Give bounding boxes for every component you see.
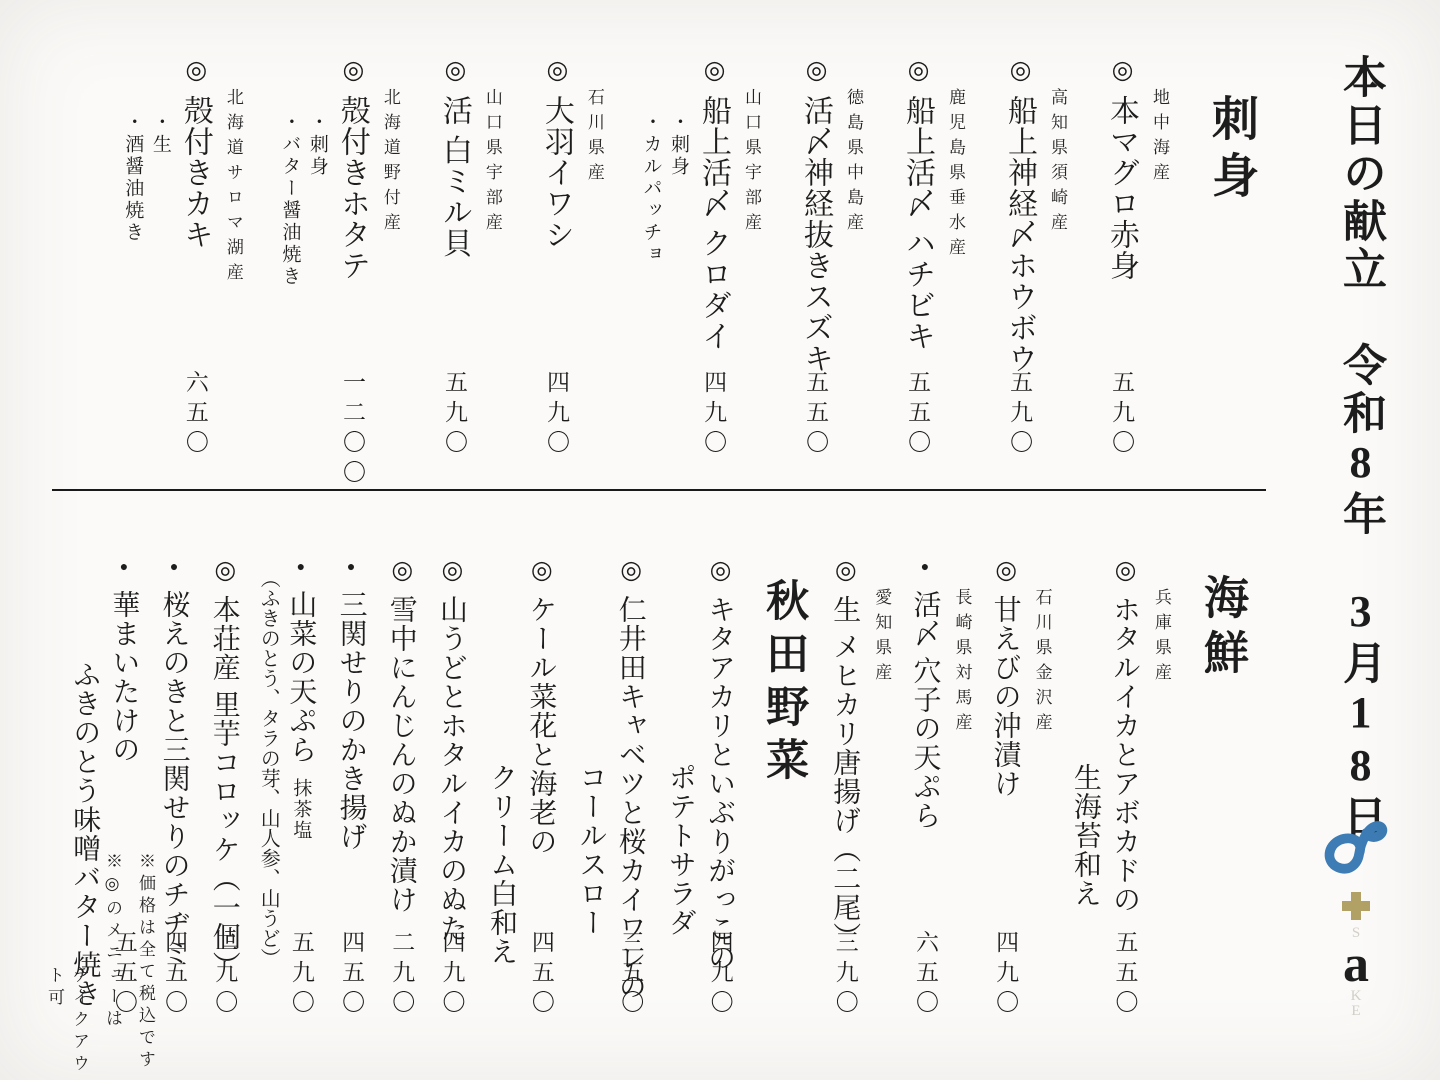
- item-name: 殻付きカキ: [179, 95, 212, 250]
- item-sub-option: ・酒醤油焼き: [119, 48, 147, 460]
- bullet-marker-icon: ●: [344, 555, 359, 576]
- double-circle-marker-icon: ◎: [388, 555, 415, 585]
- menu-item: ●桜えのきと三関せりのチヂミ四五〇: [154, 548, 193, 1030]
- item-price: 二九〇: [208, 930, 240, 1020]
- item-price: 一二〇〇: [336, 370, 368, 490]
- item-name: 山うどとホタルイカのぬた: [436, 595, 467, 943]
- kaisen-heading: 海鮮: [1190, 548, 1255, 1030]
- item-sub-option: ・バター醤油焼き: [276, 48, 304, 460]
- menu-item: ◎山うどとホタルイカのぬた四九〇: [432, 548, 471, 1030]
- item-origin: 山口県宇部産: [480, 48, 505, 460]
- bullet-marker-icon: ●: [116, 555, 131, 576]
- menu-item: 石川県金沢産◎甘えびの沖漬け四九〇: [985, 548, 1054, 1030]
- item-price: 四九〇: [435, 930, 467, 1020]
- item-name: 山菜の天ぷら: [285, 590, 316, 764]
- menu-item: 兵庫県産◎ホタルイカとアボカドの五五〇生海苔和え: [1066, 548, 1174, 1030]
- item-origin: 北海道野付産: [378, 48, 403, 460]
- kaisen-items: 兵庫県産◎ホタルイカとアボカドの五五〇生海苔和え石川県金沢産◎甘えびの沖漬け四九…: [825, 548, 1174, 1030]
- item-sub-option: ・刺身: [664, 48, 692, 460]
- item-origin: 長崎県対馬産: [949, 548, 974, 1030]
- menu-item: 愛知県産◎生 メヒカリ唐揚げ（二尾）三九〇: [825, 548, 894, 1030]
- item-name-line: ◎本荘産 里芋コロッケ（一個）二九〇: [205, 548, 244, 1030]
- double-circle-marker-icon: ◎: [831, 555, 858, 585]
- item-origin: 高知県須崎産: [1045, 48, 1070, 460]
- restaurant-logo: S a K E: [1294, 812, 1418, 1019]
- item-price: 五九〇: [285, 930, 317, 1020]
- logo-sake-letters: S a K E: [1343, 926, 1369, 1019]
- footnote-takeout-2: テイクアウト可: [42, 852, 92, 1080]
- item-name: 桜えのきと三関せりのチヂミ: [159, 590, 190, 967]
- bullet-marker-icon: ●: [917, 555, 932, 576]
- menu-item: 北海道野付産◎殻付きホタテ一二〇〇・刺身・バター醤油焼き: [276, 48, 403, 460]
- item-origin: 兵庫県産: [1149, 548, 1174, 1030]
- item-name-line: ◎船上活〆 クロダイ四九〇: [692, 48, 734, 460]
- item-name: 活〆 穴子の天ぷら: [909, 590, 940, 830]
- bullet-marker-icon: ●: [167, 555, 182, 576]
- item-name-line: ◎生 メヒカリ唐揚げ（二尾）三九〇: [825, 548, 864, 1030]
- logo-calligraphy-icon: [1305, 812, 1407, 892]
- item-name: ホタルイカとアボカドの: [1109, 595, 1140, 914]
- item-price: 五九〇: [1003, 370, 1035, 460]
- item-name: 活 白ミル貝: [438, 95, 471, 259]
- item-name-line: ◎殻付きホタテ一二〇〇: [331, 48, 373, 460]
- item-price: 六五〇: [909, 930, 941, 1020]
- item-name: 本マグロ赤身: [1105, 95, 1138, 281]
- bullet-marker-icon: ●: [293, 555, 308, 576]
- item-name-line: ◎活 白ミル貝五九〇: [433, 48, 475, 460]
- plus-icon: [1342, 892, 1370, 920]
- menu-item: 長崎県対馬産●活〆 穴子の天ぷら六五〇: [905, 548, 974, 1030]
- double-circle-marker-icon: ◎: [543, 55, 570, 85]
- menu-item: 北海道サロマ湖産◎殻付きカキ六五〇・生・酒醤油焼き: [119, 48, 246, 460]
- item-price: 五五〇: [1108, 930, 1140, 1020]
- page-title: 本日の献立 令和8年 3月18日: [1328, 54, 1392, 842]
- item-name: キタアカリといぶりがっこの: [704, 595, 735, 972]
- item-name: 三関せりのかき揚げ: [336, 590, 367, 851]
- item-price: 五九〇: [438, 370, 470, 460]
- item-price: 二九〇: [385, 930, 417, 1020]
- sashimi-heading: 刺身: [1198, 48, 1265, 460]
- item-origin: 石川県金沢産: [1030, 548, 1055, 1030]
- sashimi-section: 刺身 地中海産◎本マグロ赤身五九〇高知県須崎産◎船上神経〆ホウボウ五九〇鹿児島県…: [89, 48, 1265, 460]
- item-origin: 山口県宇部産: [739, 48, 764, 460]
- item-price: 四五〇: [158, 930, 190, 1020]
- item-price: 五五〇: [799, 370, 831, 460]
- item-price: 四九〇: [703, 930, 735, 1020]
- menu-item: ◎ケール菜花と海老の四五〇クリーム白和え: [482, 548, 560, 1030]
- item-name: 殻付きホタテ: [336, 95, 369, 281]
- item-name-line: ◎山うどとホタルイカのぬた四九〇: [432, 548, 471, 1030]
- item-name: 生 メヒカリ唐揚げ（二尾）: [829, 595, 860, 951]
- item-name: 本荘産 里芋コロッケ（一個）: [209, 595, 240, 980]
- item-name: 華まいたけの: [108, 590, 139, 764]
- item-price: 四九〇: [540, 370, 572, 460]
- item-origin: 愛知県産: [869, 548, 894, 1030]
- menu-item: 鹿児島県垂水産◎船上活〆 ハチビキ五五〇: [896, 48, 968, 460]
- menu-item: ●三関せりのかき揚げ四五〇: [331, 548, 370, 1030]
- item-price: 六五〇: [179, 370, 211, 460]
- item-name-continued: コールスロー: [571, 548, 610, 1030]
- double-circle-marker-icon: ◎: [700, 55, 727, 85]
- menu-item: 山口県宇部産◎船上活〆 クロダイ四九〇・刺身・カルパッチョ: [637, 48, 764, 460]
- logo-letter-a: a: [1343, 942, 1369, 988]
- double-circle-marker-icon: ◎: [617, 555, 644, 585]
- item-price: 四九〇: [989, 930, 1021, 1020]
- item-name-line: ●山菜の天ぷら抹茶塩五九〇: [281, 548, 320, 1030]
- item-price: 四五〇: [335, 930, 367, 1020]
- item-sub-option: ・刺身: [303, 48, 331, 460]
- item-name-line: ◎キタアカリといぶりがっこの四九〇: [700, 548, 739, 1030]
- sashimi-items: 地中海産◎本マグロ赤身五九〇高知県須崎産◎船上神経〆ホウボウ五九〇鹿児島県垂水産…: [119, 48, 1172, 460]
- menu-item: ●山菜の天ぷら抹茶塩五九〇（ふきのとう、タラの芽、山人参、山うど）: [255, 548, 321, 1030]
- menu-item: ◎キタアカリといぶりがっこの四九〇ポテトサラダ: [661, 548, 739, 1030]
- menu-item: ◎本荘産 里芋コロッケ（一個）二九〇: [205, 548, 244, 1030]
- item-name: ケール菜花と海老の: [525, 595, 556, 856]
- footnotes: ※価格は全て税込です ※◎のメニューは テイクアウト可: [34, 852, 158, 1080]
- double-circle-marker-icon: ◎: [992, 555, 1019, 585]
- item-name-line: ◎仁井田キャベツと桜カイワレの三五〇: [611, 548, 650, 1030]
- item-origin: 鹿児島県垂水産: [943, 48, 968, 460]
- item-name: 雪中にんじんのぬか漬け: [386, 595, 417, 914]
- item-name-continued: クリーム白和え: [482, 548, 521, 1030]
- menu-item: 地中海産◎本マグロ赤身五九〇: [1100, 48, 1172, 460]
- item-name-continued: 生海苔和え: [1066, 548, 1105, 1030]
- item-name-continued: （ふきのとう、タラの芽、山人参、山うど）: [255, 548, 281, 1030]
- akita-items: ◎キタアカリといぶりがっこの四九〇ポテトサラダ◎仁井田キャベツと桜カイワレの三五…: [65, 548, 739, 1030]
- item-name-line: ◎船上神経〆ホウボウ五九〇: [998, 48, 1040, 460]
- item-origin: 北海道サロマ湖産: [221, 48, 246, 460]
- item-name-line: ◎殻付きカキ六五〇: [174, 48, 216, 460]
- logo-letter-e: E: [1351, 1004, 1360, 1019]
- double-circle-marker-icon: ◎: [1111, 555, 1138, 585]
- item-name: 大羽イワシ: [540, 95, 573, 250]
- menu-item: ◎仁井田キャベツと桜カイワレの三五〇コールスロー: [571, 548, 649, 1030]
- item-name-line: ◎雪中にんじんのぬか漬け二九〇: [382, 548, 421, 1030]
- footnote-takeout-1: ※◎のメニューは: [100, 852, 125, 1080]
- menu-item: ◎雪中にんじんのぬか漬け二九〇: [382, 548, 421, 1030]
- item-name-continued: ポテトサラダ: [661, 548, 700, 1030]
- item-name: 船上活〆 ハチビキ: [901, 95, 934, 352]
- item-name-line: ◎船上活〆 ハチビキ五五〇: [896, 48, 938, 460]
- logo-letter-k: K: [1351, 989, 1362, 1004]
- item-name-line: ◎大羽イワシ四九〇: [535, 48, 577, 460]
- item-name: 船上活〆 クロダイ: [697, 95, 730, 352]
- double-circle-marker-icon: ◎: [339, 55, 366, 85]
- double-circle-marker-icon: ◎: [438, 555, 465, 585]
- item-name-line: ●三関せりのかき揚げ四五〇: [331, 548, 370, 1030]
- item-note: 抹茶塩: [290, 778, 311, 841]
- item-name-line: ◎活〆神経抜きスズキ五五〇: [794, 48, 836, 460]
- item-name-line: ◎甘えびの沖漬け四九〇: [985, 548, 1024, 1030]
- item-origin: 地中海産: [1147, 48, 1172, 460]
- item-name-line: ●桜えのきと三関せりのチヂミ四五〇: [154, 548, 193, 1030]
- item-name: 甘えびの沖漬け: [990, 595, 1021, 798]
- double-circle-marker-icon: ◎: [904, 55, 931, 85]
- item-price: 五五〇: [901, 370, 933, 460]
- double-circle-marker-icon: ◎: [441, 55, 468, 85]
- menu-item: 徳島県中島産◎活〆神経抜きスズキ五五〇: [794, 48, 866, 460]
- item-name-line: ●活〆 穴子の天ぷら六五〇: [905, 548, 944, 1030]
- section-divider: [52, 489, 1266, 491]
- item-name-line: ◎本マグロ赤身五九〇: [1100, 48, 1142, 460]
- menu-item: 高知県須崎産◎船上神経〆ホウボウ五九〇: [998, 48, 1070, 460]
- item-price: 三五〇: [614, 930, 646, 1020]
- double-circle-marker-icon: ◎: [1006, 55, 1033, 85]
- item-name: 船上神経〆ホウボウ: [1003, 95, 1036, 374]
- double-circle-marker-icon: ◎: [1108, 55, 1135, 85]
- double-circle-marker-icon: ◎: [182, 55, 209, 85]
- double-circle-marker-icon: ◎: [211, 555, 238, 585]
- double-circle-marker-icon: ◎: [802, 55, 829, 85]
- menu-page: { "page": { "title": "本日の献立 令和8年 3月18日" …: [0, 0, 1440, 1080]
- bottom-section: 海鮮 兵庫県産◎ホタルイカとアボカドの五五〇生海苔和え石川県金沢産◎甘えびの沖漬…: [54, 548, 1255, 1030]
- item-origin: 石川県産: [582, 48, 607, 460]
- item-price: 四九〇: [697, 370, 729, 460]
- footnote-tax: ※価格は全て税込です: [133, 852, 158, 1080]
- akita-heading: 秋田野菜: [753, 548, 814, 1030]
- item-price: 四五〇: [525, 930, 557, 1020]
- item-price: 五九〇: [1105, 370, 1137, 460]
- item-sub-option: ・カルパッチョ: [637, 48, 665, 460]
- double-circle-marker-icon: ◎: [706, 555, 733, 585]
- item-name-line: ◎ホタルイカとアボカドの五五〇: [1105, 548, 1144, 1030]
- item-name-line: ◎ケール菜花と海老の四五〇: [521, 548, 560, 1030]
- double-circle-marker-icon: ◎: [527, 555, 554, 585]
- item-name: 活〆神経抜きスズキ: [799, 95, 832, 374]
- item-price: 三九〇: [829, 930, 861, 1020]
- menu-item: 山口県宇部産◎活 白ミル貝五九〇: [433, 48, 505, 460]
- menu-item: 石川県産◎大羽イワシ四九〇: [535, 48, 607, 460]
- item-origin: 徳島県中島産: [841, 48, 866, 460]
- item-sub-option: ・生: [146, 48, 174, 460]
